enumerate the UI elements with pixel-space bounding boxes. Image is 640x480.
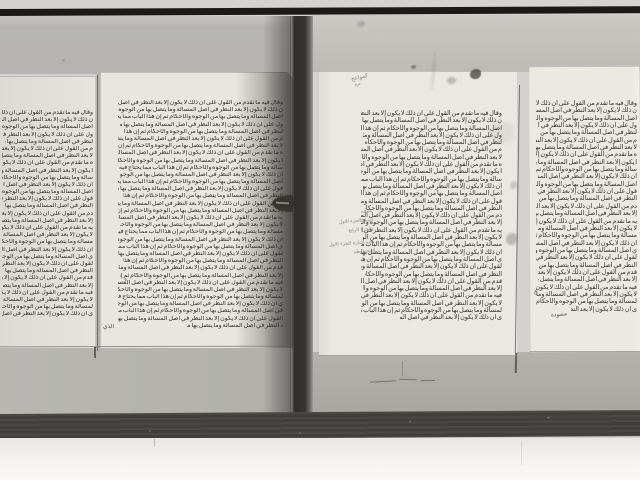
manuscript-text-line: قول على أن ذلك لا يكون إلا بعد النظر في … <box>361 198 502 205</box>
manuscript-text-line: لا بعد النظر في أصل المسألة وما يتصل بها… <box>536 144 637 151</box>
manuscript-text-line: وقال فيه ما تقدم من القول على أن ذلك لا … <box>2 110 93 117</box>
manuscript-text-line: إلا بعد النظر في أصل المسألة وما يتصل به… <box>363 285 502 292</box>
manuscript-text-line: أصل المسألة وما يتصل بها من الوجوه والأح… <box>536 115 637 122</box>
manuscript-text-line: ي أصل المسألة وما يتصل بها من الوجوه وال… <box>118 244 283 251</box>
manuscript-text-line: إلا بعد النظر في أصل المسألة وما يتصل به… <box>538 276 637 283</box>
paper-speck <box>60 184 64 187</box>
manuscript-text-line: ى أن ذلك لا يكون إلا بعد النظر في أصل ال… <box>2 311 93 318</box>
manuscript-text-line: دم من القول على أن ذلك لا يكون إلا بعد ا… <box>2 211 93 218</box>
manuscript-text-line: يه ما تقدم من القول على أن ذلك لا يكون إ… <box>2 225 93 232</box>
band-speck <box>149 430 151 432</box>
manuscript-text-line: ي أصل المسألة وما يتصل بها من الوجوه وال… <box>361 256 502 263</box>
manuscript-text-line: ول على أن ذلك لا يكون إلا بعد النظر في أ… <box>3 132 93 139</box>
manuscript-text-line: النظر في أصل المسألة وما يتصل بها من الو… <box>539 195 637 202</box>
manuscript-text-line: النظر في أصل المسألة وما يتصل بها من الو… <box>123 193 283 200</box>
manuscript-text-line: النظر في أصل المسألة وما يتصل بها من الو… <box>365 271 502 278</box>
manuscript-text-line: أصل المسألة وما يتصل بها من الوجوه والأح… <box>361 190 502 197</box>
manuscript-text-line: فيه ما تقدم من القول على أن ذلك لا يكون … <box>361 292 502 299</box>
manuscript-text-line: ى أن ذلك لا يكون إلا بعد النظر في أصل ال… <box>400 314 502 321</box>
manuscript-text-line: النظر في أصل المسألة وما يتصل بها من الو… <box>5 203 93 210</box>
manuscript-text-line: قدم من القول على أن ذلك لا يكون إلا بعد … <box>536 269 637 276</box>
manuscript-text-line: أصل المسألة وما يتصل بها من الوجوه والأح… <box>2 124 93 131</box>
manuscript-text-line: أن ذلك لا يكون إلا بعد النظر في أصل المس… <box>538 173 637 180</box>
right-frame-right-page-bottom-edge <box>530 351 640 352</box>
band-speck <box>547 417 550 419</box>
manuscript-text-line: لا يكون إلا بعد النظر في أصل المسألة وما… <box>363 234 502 241</box>
manuscript-text-line: مسألة وما يتصل بها من الوجوه والأحكام ثم… <box>2 239 93 246</box>
manuscript-text-line: يه ما تقدم من القول على أن ذلك لا يكون إ… <box>361 227 502 234</box>
left-frame-crease-tail <box>94 347 96 358</box>
manuscript-text-line: م من القول على أن ذلك لا يكون إلا بعد ال… <box>118 136 283 143</box>
manuscript-text-line: ا يكون إلا بعد النظر في أصل المسألة وما … <box>536 159 637 166</box>
manuscript-text-line: يه ما تقدم من القول على أن ذلك لا يكون إ… <box>536 218 637 225</box>
manuscript-text-line: ه ما تقدم من القول على أن ذلك لا يكون إل… <box>361 161 502 168</box>
manuscript-text-line: قدم من القول على أن ذلك لا يكون إلا بعد … <box>2 275 93 282</box>
manuscript-text-line: لا يكون إلا بعد النظر في أصل المسألة وما… <box>118 287 283 294</box>
manuscript-text-line: النظر في أصل المسألة وما يتصل بها من الو… <box>365 205 502 212</box>
manuscript-text-line: أن ذلك لا يكون إلا بعد النظر في أصل المس… <box>2 247 93 254</box>
manuscript-text-line: ن ذلك لا يكون إلا بعد النظر في أصل المسأ… <box>2 117 93 124</box>
manuscript-text-line: ي أصل المسألة وما يتصل بها من الوجوه وال… <box>2 254 93 261</box>
manuscript-text-line: النظر في أصل المسألة وما يتصل بها من الو… <box>5 268 93 275</box>
manuscript-text-line: ن ذلك لا يكون إلا بعد النظر في أصل المسأ… <box>361 117 502 124</box>
manuscript-text-line: لقول على أن ذلك لا يكون إلا بعد النظر في… <box>536 254 637 261</box>
manuscript-text-line: إلا بعد النظر في أصل المسألة وما يتصل به… <box>120 273 283 280</box>
left-frame-gutter-crease <box>97 75 99 351</box>
manuscript-text-line: سألة وما يتصل بها من الوجوه والأحكام ثم … <box>536 166 637 173</box>
manuscript-text-line: م من القول على أن ذلك لا يكون إلا بعد ال… <box>2 146 93 153</box>
manuscript-text-line: ول على أن ذلك لا يكون إلا بعد النظر في أ… <box>363 132 502 139</box>
manuscript-text-line: وقال فيه ما تقدم من القول على أن ذلك لا … <box>536 100 637 107</box>
manuscript-text-line: دم من القول على أن ذلك لا يكون إلا بعد ا… <box>118 201 283 208</box>
manuscript-photo-scene: وقال فيه ما تقدم من القول على أن ذلك لا … <box>0 0 640 480</box>
manuscript-text-line: في أصل المسألة وما يتصل بها من الوجوه وا… <box>118 308 283 315</box>
surface-hairline <box>402 361 403 376</box>
right-frame-margin-mark: ع <box>534 287 538 295</box>
page-top-edge <box>0 76 97 77</box>
manuscript-text-line: سألة وما يتصل بها من الوجوه والأحكام ثم … <box>2 175 93 182</box>
manuscript-text-line: إلا بعد النظر في أصل المسألة وما يتصل به… <box>2 218 93 225</box>
film-edge-bottom-band <box>0 410 640 440</box>
bottom-tick <box>154 439 155 447</box>
manuscript-text-line: أن ذلك لا يكون إلا بعد النظر في أصل المس… <box>118 237 283 244</box>
manuscript-text-line: ي أصل المسألة وما يتصل بها من الوجوه وال… <box>536 247 637 254</box>
manuscript-text-line: القول على أن ذلك لا يكون إلا بعد النظر ف… <box>118 316 283 323</box>
manuscript-text-line: ول على أن ذلك لا يكون إلا بعد النظر في أ… <box>538 122 637 129</box>
manuscript-text-line: إلا بعد النظر في أصل المسألة وما يتصل به… <box>361 219 502 226</box>
left-frame-table-surface <box>0 348 292 416</box>
manuscript-text-line: مسألة وما يتصل بها من الوجوه والأحكام ثم… <box>118 229 283 236</box>
manuscript-text-line: ى أن ذلك لا يكون إلا بعد النظر في أصل ال… <box>118 301 283 308</box>
manuscript-text-line: لمسألة وما يتصل بها من الوجوه والأحكام ث… <box>118 294 283 301</box>
manuscript-text-line: أن ذلك لا يكون إلا بعد النظر في أصل المس… <box>536 240 637 247</box>
manuscript-text-line: وقال فيه ما تقدم من القول على أن ذلك لا … <box>118 100 283 107</box>
manuscript-text-line: أصل المسألة وما يتصل بها من الوجوه والأح… <box>118 179 283 186</box>
manuscript-text-line: لقول على أن ذلك لا يكون إلا بعد النظر في… <box>118 251 283 258</box>
manuscript-text-line: فيه ما تقدم من القول على أن ذلك لا يكون … <box>2 290 93 297</box>
right-frame-left-page-bottom-edge <box>319 355 517 356</box>
band-speck <box>409 420 411 422</box>
manuscript-text-line: أن ذلك لا يكون إلا بعد النظر في أصل المس… <box>120 172 283 179</box>
left-frame-catchword: الذي <box>103 324 114 330</box>
manuscript-text-line: ا يكون إلا بعد النظر في أصل المسألة وما … <box>361 168 502 175</box>
manuscript-text-line: وقال فيه ما تقدم من القول على أن ذلك لا … <box>361 110 502 117</box>
manuscript-text-line: سألة وما يتصل بها من الوجوه والأحكام ثم … <box>361 176 502 183</box>
manuscript-text-line: قول على أن ذلك لا يكون إلا بعد النظر في … <box>118 186 283 193</box>
manuscript-text-line: لا يكون إلا بعد النظر في أصل المسألة وما… <box>361 300 502 307</box>
manuscript-text-line: ا يكون إلا بعد النظر في أصل المسألة وما … <box>2 168 93 175</box>
manuscript-text-line: لا بعد النظر في أصل المسألة وما يتصل بها… <box>2 153 93 160</box>
manuscript-text-line: ى أن ذلك لا يكون إلا بعد النظر في أصل ال… <box>571 306 637 313</box>
manuscript-text-line: فيه ما تقدم من القول على أن ذلك لا يكون … <box>536 284 637 291</box>
manuscript-text-line: ن ذلك لا يكون إلا بعد النظر في أصل المسأ… <box>118 107 283 114</box>
manuscript-text-line: أصل المسألة وما يتصل بها من الوجوه والأح… <box>361 125 502 132</box>
manuscript-text-line: لا يكون إلا بعد النظر في أصل المسألة وما… <box>2 297 93 304</box>
manuscript-text-line: ا يكون إلا بعد النظر في أصل المسألة وما … <box>118 158 283 165</box>
manuscript-text-line: دم من القول على أن ذلك لا يكون إلا بعد ا… <box>536 203 637 210</box>
manuscript-text-line: لا يكون إلا بعد النظر في أصل المسألة وما… <box>3 232 93 239</box>
manuscript-text-line: أصل المسألة وما يتصل بها من الوجوه والأح… <box>2 189 93 196</box>
manuscript-text-line: إلا بعد النظر في أصل المسألة وما يتصل به… <box>536 210 637 217</box>
right-frame-left-page-text: وقال فيه ما تقدم من القول على أن ذلك لا … <box>361 110 502 324</box>
manuscript-text-line: لمسألة وما يتصل بها من الوجوه والأحكام ث… <box>536 298 637 305</box>
frame-separator-bar <box>290 16 313 415</box>
paper-speck <box>62 59 65 62</box>
left-frame-right-shadow <box>263 16 291 415</box>
page-top-edge <box>529 66 639 68</box>
manuscript-text-line: النظر في أصل المسألة وما يتصل بها من الو… <box>123 258 283 265</box>
manuscript-text-line: لا يكون إلا بعد النظر في أصل المسألة وما… <box>120 222 283 229</box>
manuscript-text-line: م من القول على أن ذلك لا يكون إلا بعد ال… <box>536 137 637 144</box>
manuscript-text-line: قول على أن ذلك لا يكون إلا بعد النظر في … <box>536 188 637 195</box>
manuscript-text-line: فيه ما تقدم من القول على أن ذلك لا يكون … <box>118 280 283 287</box>
manuscript-text-line: يه ما تقدم من القول على أن ذلك لا يكون إ… <box>118 215 283 222</box>
manuscript-text-line: لنظر في أصل المسألة وما يتصل بها من الوج… <box>5 139 93 146</box>
manuscript-text-line: لمسألة وما يتصل بها من الوجوه والأحكام ث… <box>361 307 502 314</box>
manuscript-text-line: قول على أن ذلك لا يكون إلا بعد النظر في … <box>2 196 93 203</box>
manuscript-text-line: لمسألة وما يتصل بها من الوجوه والأحكام ث… <box>2 304 93 311</box>
right-frame-right-page-text: وقال فيه ما تقدم من القول على أن ذلك لا … <box>536 100 637 314</box>
manuscript-text-line: ه ما تقدم من القول على أن ذلك لا يكون إل… <box>2 160 93 167</box>
manuscript-text-line: لا يكون إلا بعد النظر في أصل المسألة وما… <box>538 225 637 232</box>
manuscript-text-line: قدم من القول على أن ذلك لا يكون إلا بعد … <box>361 278 502 285</box>
left-frame-right-page-text: وقال فيه ما تقدم من القول على أن ذلك لا … <box>118 100 283 332</box>
band-speck <box>299 432 301 434</box>
pencil-annotation-middle: نسخة اسناد الجزء الاول والجزء الرابع وفي… <box>312 208 375 261</box>
manuscript-text-line: لقول على أن ذلك لا يكون إلا بعد النظر في… <box>361 263 502 270</box>
manuscript-text-line: لنظر في أصل المسألة وما يتصل بها من الوج… <box>365 139 502 146</box>
manuscript-text-line: أن ذلك لا يكون إلا بعد النظر في أصل المس… <box>363 183 502 190</box>
manuscript-text-line: ه ما تقدم من القول على أن ذلك لا يكون إل… <box>118 150 283 157</box>
manuscript-text-line: أصل المسألة وما يتصل بها من الوجوه والأح… <box>536 181 637 188</box>
manuscript-text-line: لا يكون إلا بعد النظر في أصل المسألة وما… <box>536 291 637 298</box>
manuscript-text-line: ن ذلك لا يكون إلا بعد النظر في أصل المسأ… <box>536 107 637 114</box>
manuscript-text-line: ه ما تقدم من القول على أن ذلك لا يكون إل… <box>536 151 637 158</box>
manuscript-text-line: أن ذلك لا يكون إلا بعد النظر في أصل المس… <box>361 249 502 256</box>
manuscript-text-line: لنظر في أصل المسألة وما يتصل بها من الوج… <box>123 129 283 136</box>
manuscript-text-line: إلا بعد النظر في أصل المسألة وما يتصل به… <box>3 283 93 290</box>
manuscript-text-line: أصل المسألة وما يتصل بها من الوجوه والأح… <box>118 114 283 121</box>
manuscript-text-line: إلا بعد النظر في أصل المسألة وما يتصل به… <box>118 208 283 215</box>
manuscript-text-line: م من القول على أن ذلك لا يكون إلا بعد ال… <box>361 146 502 153</box>
manuscript-text-line: لقول على أن ذلك لا يكون إلا بعد النظر في… <box>2 261 93 268</box>
manuscript-text-line: قدم من القول على أن ذلك لا يكون إلا بعد … <box>118 265 283 272</box>
manuscript-text-line: سألة وما يتصل بها من الوجوه والأحكام ثم … <box>118 165 283 172</box>
left-frame-background-band <box>0 16 292 74</box>
page-top-edge <box>319 71 517 72</box>
manuscript-text-line: مسألة وما يتصل بها من الوجوه والأحكام ثم… <box>536 232 637 239</box>
bottom-tick <box>521 441 522 465</box>
manuscript-text-line: لا بعد النظر في أصل المسألة وما يتصل بها… <box>118 143 283 150</box>
manuscript-text-line: دم من القول على أن ذلك لا يكون إلا بعد ا… <box>361 212 502 219</box>
manuscript-text-line: ول على أن ذلك لا يكون إلا بعد النظر في أ… <box>120 122 283 129</box>
manuscript-text-line: النظر في أصل المسألة وما يتصل بها من الو… <box>539 262 637 269</box>
scanner-background-bottom <box>0 438 640 480</box>
manuscript-text-line: مسألة وما يتصل بها من الوجوه والأحكام ثم… <box>361 241 502 248</box>
manuscript-text-line: لنظر في أصل المسألة وما يتصل بها من الوج… <box>539 129 637 136</box>
left-frame-left-page-text: وقال فيه ما تقدم من القول على أن ذلك لا … <box>2 110 93 320</box>
manuscript-text-line: أن ذلك لا يكون إلا بعد النظر في أصل المس… <box>3 182 93 189</box>
right-frame-table-surface <box>313 352 640 416</box>
manuscript-text-line: لا بعد النظر في أصل المسألة وما يتصل بها… <box>361 154 502 161</box>
